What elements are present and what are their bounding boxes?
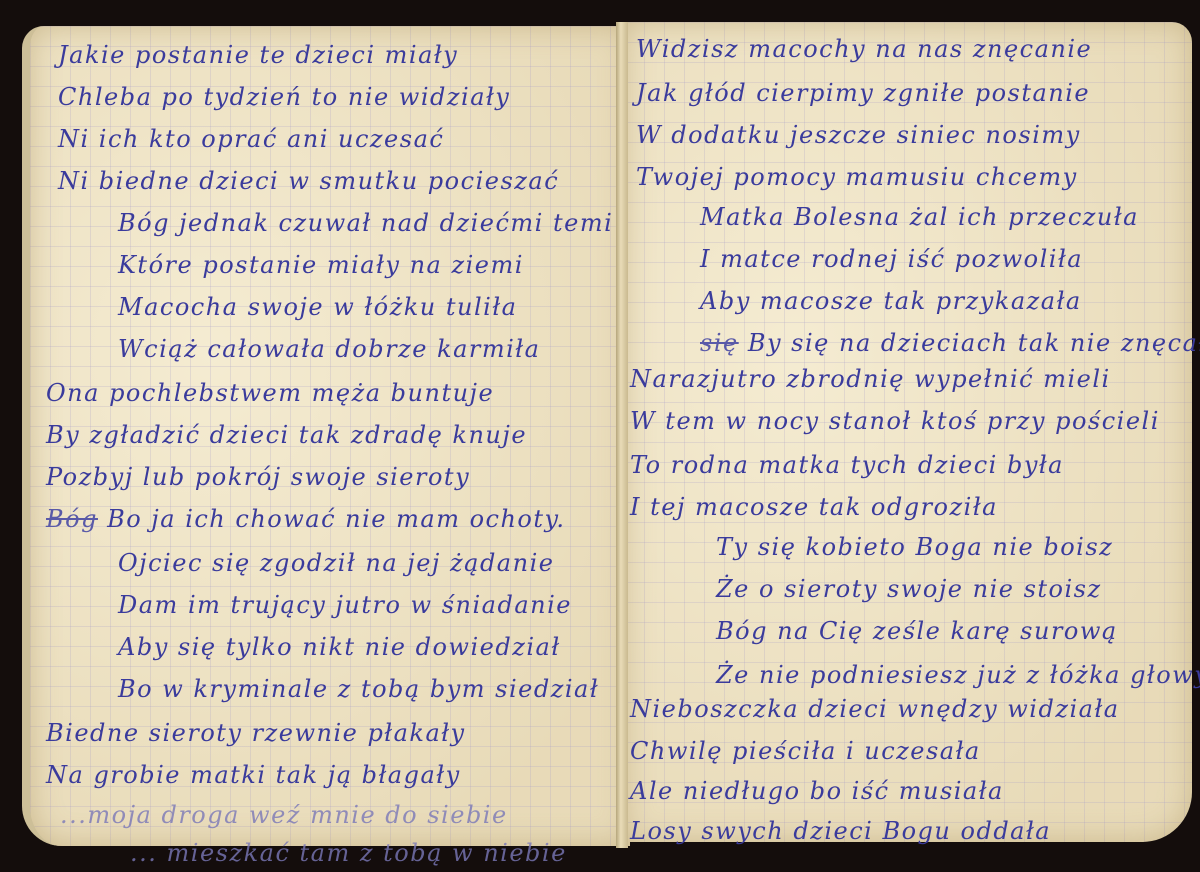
line-text: Ale niedługo bo iść musiała (630, 777, 1004, 805)
line-text: Że o sieroty swoje nie stoisz (716, 575, 1102, 603)
handwritten-line: I matce rodnej iść pozwoliła (700, 244, 1083, 274)
line-text: Bóg na Cię ześle karę surową (716, 617, 1118, 645)
open-notebook: Jakie postanie te dzieci miałyChleba po … (0, 0, 1200, 872)
line-text: By się na dzieciach tak nie znęcała (748, 329, 1200, 357)
handwritten-line: Aby macosze tak przykazała (700, 286, 1082, 316)
handwritten-line: Ty się kobieto Boga nie boisz (716, 532, 1113, 562)
handwritten-line: Bóg na Cię ześle karę surową (716, 616, 1118, 646)
notebook-spine (616, 22, 628, 848)
line-text: W dodatku jeszcze siniec nosimy (636, 121, 1081, 149)
handwritten-line: Ale niedługo bo iść musiała (630, 776, 1004, 806)
right-page-text: Widzisz macochy na nas znęcanieJak głód … (0, 0, 1200, 872)
line-text: Losy swych dzieci Bogu oddała (630, 817, 1051, 845)
line-text: Widzisz macochy na nas znęcanie (636, 35, 1092, 63)
line-text: I tej macosze tak odgroziła (630, 493, 998, 521)
handwritten-line: Jak głód cierpimy zgniłe postanie (636, 78, 1090, 108)
struck-out-word: się (700, 329, 739, 357)
line-text: Chwilę pieściła i uczesała (630, 737, 981, 765)
handwritten-line: Widzisz macochy na nas znęcanie (636, 34, 1092, 64)
line-text: To rodna matka tych dzieci była (630, 451, 1064, 479)
line-text: Jak głód cierpimy zgniłe postanie (636, 79, 1090, 107)
handwritten-line: Chwilę pieściła i uczesała (630, 736, 981, 766)
handwritten-line: się By się na dzieciach tak nie znęcała (700, 328, 1200, 358)
handwritten-line: I tej macosze tak odgroziła (630, 492, 998, 522)
line-text: Ty się kobieto Boga nie boisz (716, 533, 1113, 561)
line-text: Narazjutro zbrodnię wypełnić mieli (630, 365, 1111, 393)
handwritten-line: W dodatku jeszcze siniec nosimy (636, 120, 1081, 150)
handwritten-line: Że o sieroty swoje nie stoisz (716, 574, 1102, 604)
line-text: W tem w nocy stanoł ktoś przy pościeli (630, 407, 1160, 435)
handwritten-line: Matka Bolesna żal ich przeczuła (700, 202, 1139, 232)
line-text: Nieboszczka dzieci wnędzy widziała (630, 695, 1120, 723)
line-text: I matce rodnej iść pozwoliła (700, 245, 1083, 273)
line-text: Aby macosze tak przykazała (700, 287, 1082, 315)
line-text: Że nie podniesiesz już z łóżka głowy (716, 661, 1200, 689)
line-text: Twojej pomocy mamusiu chcemy (636, 163, 1078, 191)
line-text: Matka Bolesna żal ich przeczuła (700, 203, 1139, 231)
handwritten-line: To rodna matka tych dzieci była (630, 450, 1064, 480)
handwritten-line: Że nie podniesiesz już z łóżka głowy (716, 660, 1200, 690)
handwritten-line: W tem w nocy stanoł ktoś przy pościeli (630, 406, 1160, 436)
handwritten-line: Narazjutro zbrodnię wypełnić mieli (630, 364, 1111, 394)
handwritten-line: Twojej pomocy mamusiu chcemy (636, 162, 1078, 192)
handwritten-line: Nieboszczka dzieci wnędzy widziała (630, 694, 1120, 724)
handwritten-line: Losy swych dzieci Bogu oddała (630, 816, 1051, 846)
